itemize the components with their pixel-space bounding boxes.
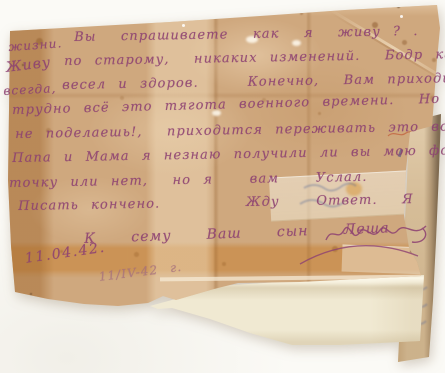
signature-underline-flourish bbox=[292, 238, 427, 270]
letter-line: по старому, никаких изменений. Бодр как bbox=[64, 47, 445, 69]
paper-stack: жизни. Вы спрашиваете как я живу ? . Жив… bbox=[0, 0, 445, 373]
letter-line: Писать кончено. Жду Ответ. Я bbox=[18, 192, 414, 214]
letter-line: весел и здоров. Конечно, Вам приходится bbox=[62, 71, 445, 93]
handwriting-layer: жизни. Вы спрашиваете как я живу ? . Жив… bbox=[0, 0, 445, 373]
letter-line: Папа и Мама я незнаю получили ли вы мою … bbox=[12, 143, 445, 166]
letter-line: трудно всё это тягота военного времени. … bbox=[12, 90, 445, 118]
letter-line: не поделаешь!, приходится переживать это… bbox=[15, 119, 445, 142]
date-ink: 11.04.42. bbox=[24, 240, 107, 267]
margin-fragment: всегда, bbox=[3, 81, 57, 98]
date-annotation: 11/IV-42 г. bbox=[98, 260, 183, 284]
letter-line: точку или нет, но я вам Услал. bbox=[9, 170, 368, 191]
letter-line: Вы спрашиваете как я живу ? . bbox=[74, 24, 419, 45]
margin-fragment: жизни. bbox=[8, 36, 63, 54]
margin-fragment: Живу bbox=[5, 54, 52, 75]
photo-of-letter: жизни. Вы спрашиваете как я живу ? . Жив… bbox=[0, 0, 445, 373]
